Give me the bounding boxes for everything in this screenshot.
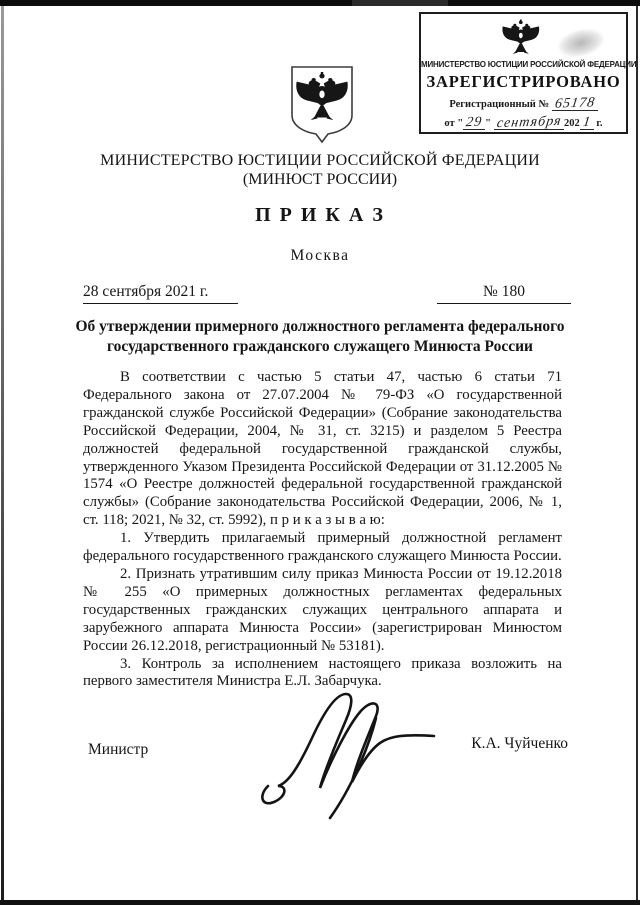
- scan-edge-bottom: [0, 900, 640, 905]
- scan-edge-right: [636, 6, 638, 905]
- stamp-registered-label: ЗАРЕГИСТРИРОВАНО: [421, 72, 626, 92]
- signer-title: Министр: [88, 741, 148, 759]
- document-number: № 180: [437, 283, 571, 304]
- ministry-short-name: (МИНЮСТ РОССИИ): [0, 171, 640, 189]
- document-date: 28 сентября 2021 г.: [83, 283, 238, 304]
- scan-edge-top: [0, 0, 640, 6]
- stamp-registration-number: Регистрационный № 65178: [421, 96, 626, 112]
- stamp-registration-date: от "29" сентября2021 г.: [421, 115, 626, 131]
- coat-of-arms-shield-icon: [282, 64, 362, 146]
- stamp-date-year-handwritten: 1: [582, 115, 592, 131]
- paragraph-preamble: В соответствии с частью 5 статьи 47, час…: [83, 369, 562, 530]
- reg-number-value-handwritten: 65178: [553, 95, 595, 112]
- document-body: В соответствии с частью 5 статьи 47, час…: [83, 369, 562, 691]
- stamp-date-month-handwritten: сентября: [495, 114, 562, 132]
- ministry-name: МИНИСТЕРСТВО ЮСТИЦИИ РОССИЙСКОЙ ФЕДЕРАЦИ…: [0, 152, 640, 170]
- stamp-date-quote: ": [485, 118, 491, 129]
- double-headed-eagle-icon: [500, 18, 540, 56]
- stamp-header: [421, 14, 626, 60]
- stamp-ministry-line: МИНИСТЕРСТВО ЮСТИЦИИ РОССИЙСКОЙ ФЕДЕРАЦИ…: [421, 60, 626, 69]
- document-type-title: П Р И К А З: [0, 204, 640, 227]
- registration-stamp: МИНИСТЕРСТВО ЮСТИЦИИ РОССИЙСКОЙ ФЕДЕРАЦИ…: [419, 12, 628, 134]
- stamp-date-prefix: от ": [444, 118, 463, 129]
- date-and-number-row: 28 сентября 2021 г. № 180: [0, 283, 640, 305]
- paragraph-item-2: 2. Признать утратившим силу приказ Минюс…: [83, 566, 562, 656]
- ink-smudge: [556, 25, 607, 61]
- handwritten-signature: [253, 690, 455, 820]
- paragraph-item-3: 3. Контроль за исполнением настоящего пр…: [83, 656, 562, 692]
- city-label: Москва: [0, 247, 640, 265]
- stamp-date-year-printed: 202: [564, 118, 580, 129]
- paragraph-item-1: 1. Утвердить прилагаемый примерный должн…: [83, 530, 562, 566]
- stamp-date-day-handwritten: 29: [465, 115, 483, 132]
- document-subject: Об утверждении примерного должностного р…: [70, 317, 570, 357]
- scanned-order-document: МИНИСТЕРСТВО ЮСТИЦИИ РОССИЙСКОЙ ФЕДЕРАЦИ…: [0, 0, 640, 905]
- reg-number-label: Регистрационный №: [449, 99, 549, 110]
- signer-name: К.А. Чуйченко: [448, 735, 568, 753]
- stamp-date-suffix: г.: [596, 118, 602, 129]
- scan-edge-left: [1, 6, 4, 905]
